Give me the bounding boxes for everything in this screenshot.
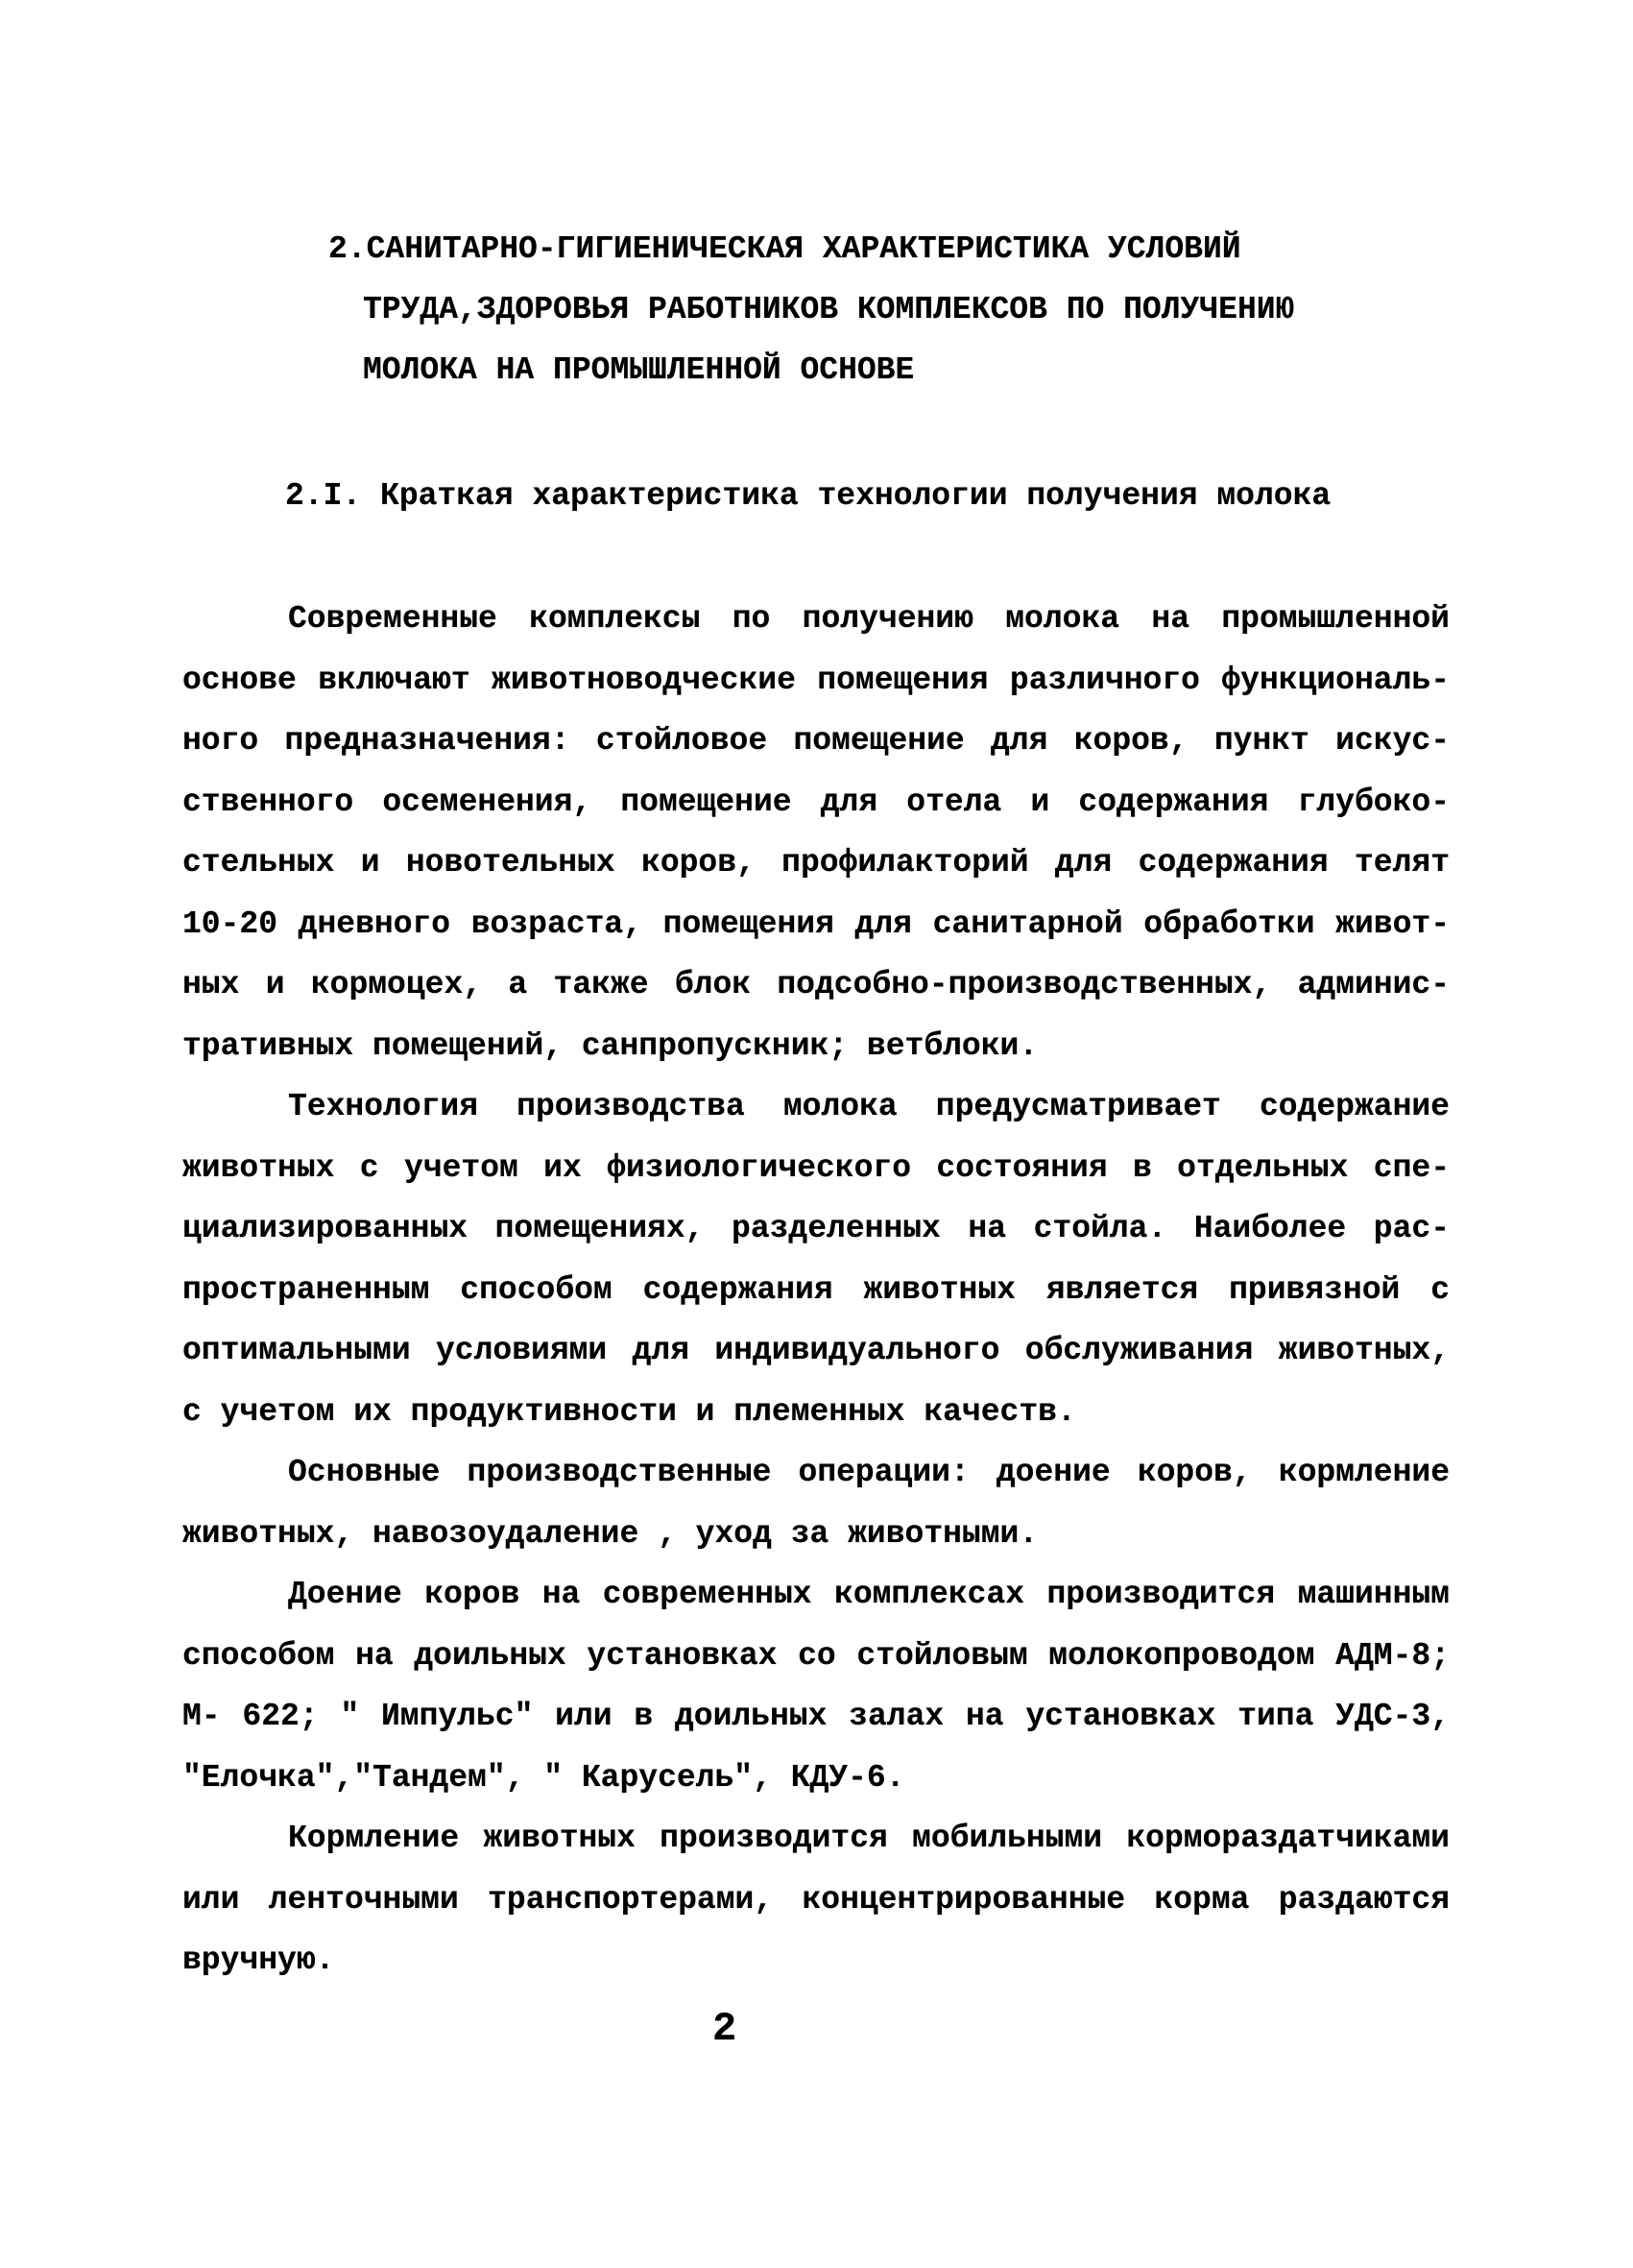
paragraph-line: животных, навозоудаление , уход за живот… <box>182 1504 1450 1565</box>
paragraph-line: Технология производства молока предусмат… <box>182 1076 1450 1138</box>
paragraph-line: "Елочка","Тандем", " Карусель", КДУ-6. <box>182 1748 1450 1809</box>
paragraph-line: Современные комплексы по получению молок… <box>182 589 1450 650</box>
body-text: Современные комплексы по получению молок… <box>182 589 1450 1991</box>
paragraph-line: пространенным способом содержания животн… <box>182 1260 1450 1321</box>
paragraph-line: тративных помещений, санпропускник; ветб… <box>182 1016 1450 1077</box>
paragraph-line: Кормление животных производится мобильны… <box>182 1808 1450 1870</box>
paragraph-line: ных и кормоцех, а также блок подсобно-пр… <box>182 954 1450 1016</box>
paragraph-line: стельных и новотельных коров, профилакто… <box>182 832 1450 894</box>
paragraph-line: вручную. <box>182 1930 1450 1991</box>
section-heading: 2.I. Краткая характеристика технологии п… <box>285 466 1331 526</box>
scanned-page: 2.САНИТАРНО-ГИГИЕНИЧЕСКАЯ ХАРАКТЕРИСТИКА… <box>0 0 1633 2268</box>
title-line: МОЛОКА НА ПРОМЫШЛЕННОЙ ОСНОВЕ <box>328 340 1294 400</box>
paragraph-line: Основные производственные операции: доен… <box>182 1442 1450 1504</box>
title-line: ТРУДА,ЗДОРОВЬЯ РАБОТНИКОВ КОМПЛЕКСОВ ПО … <box>328 279 1294 340</box>
paragraph-line: ственного осеменения, помещение для отел… <box>182 772 1450 833</box>
paragraph-line: Доение коров на современных комплексах п… <box>182 1564 1450 1626</box>
page-number: 2 <box>712 2007 737 2051</box>
paragraph-line: оптимальными условиями для индивидуально… <box>182 1320 1450 1382</box>
paragraph-line: животных с учетом их физиологического со… <box>182 1138 1450 1199</box>
paragraph-line: 10-20 дневного возраста, помещения для с… <box>182 894 1450 955</box>
document-title: 2.САНИТАРНО-ГИГИЕНИЧЕСКАЯ ХАРАКТЕРИСТИКА… <box>328 219 1294 400</box>
paragraph-line: М- 622; " Импульс" или в доильных залах … <box>182 1686 1450 1748</box>
paragraph-line: способом на доильных установках со стойл… <box>182 1626 1450 1687</box>
paragraph-line: ного предназначения: стойловое помещение… <box>182 711 1450 772</box>
paragraph-line: с учетом их продуктивности и племенных к… <box>182 1382 1450 1443</box>
paragraph-line: основе включают животноводческие помещен… <box>182 650 1450 712</box>
title-line: 2.САНИТАРНО-ГИГИЕНИЧЕСКАЯ ХАРАКТЕРИСТИКА… <box>328 219 1294 279</box>
paragraph-line: или ленточными транспортерами, концентри… <box>182 1870 1450 1931</box>
paragraph-line: циализированных помещениях, разделенных … <box>182 1198 1450 1260</box>
